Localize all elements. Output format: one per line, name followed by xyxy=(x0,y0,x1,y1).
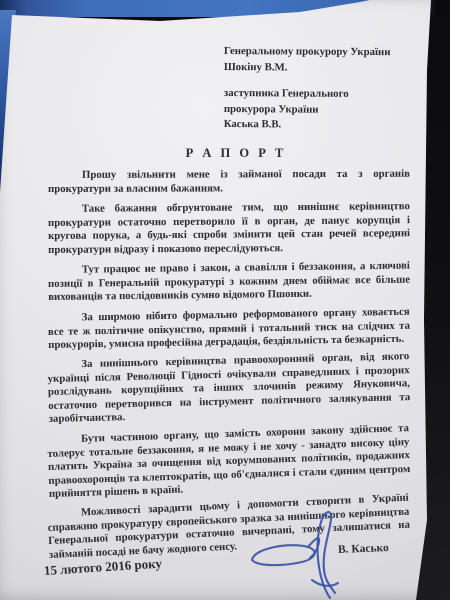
paragraph: За ширмою нібито формально реформованого… xyxy=(48,305,411,352)
document-title: Р А П О Р Т xyxy=(48,147,410,161)
sender-line: прокурора України xyxy=(224,101,410,118)
signature-name: В. Касько xyxy=(338,542,389,556)
paragraph: Прошу звільнити мене із займаної посади … xyxy=(48,168,410,196)
recipient-line: Генеральному прокурору України xyxy=(224,44,410,61)
paragraph: Тут працює не право і закон, а свавілля … xyxy=(48,260,410,305)
paragraph: За нинішнього керівництва правоохоронний… xyxy=(47,350,411,426)
sender-line: Каська В.В. xyxy=(224,117,410,134)
document-content: Генеральному прокурору України Шокіну В.… xyxy=(48,44,410,569)
sender-line: заступника Генерального xyxy=(224,86,410,103)
recipient-line: Шокіну В.М. xyxy=(224,59,410,76)
paragraph: Бути частиною органу, що замість охорони… xyxy=(47,422,411,501)
document-paper: Генеральному прокурору України Шокіну В.… xyxy=(0,0,450,600)
recipient-block: Генеральному прокурору України Шокіну В.… xyxy=(224,44,410,76)
sender-block: заступника Генерального прокурора Україн… xyxy=(224,86,410,134)
photographed-document-scene: Генеральному прокурору України Шокіну В.… xyxy=(0,0,450,600)
paragraph: Таке бажання обгрунтоване тим, що нинішн… xyxy=(48,200,410,257)
